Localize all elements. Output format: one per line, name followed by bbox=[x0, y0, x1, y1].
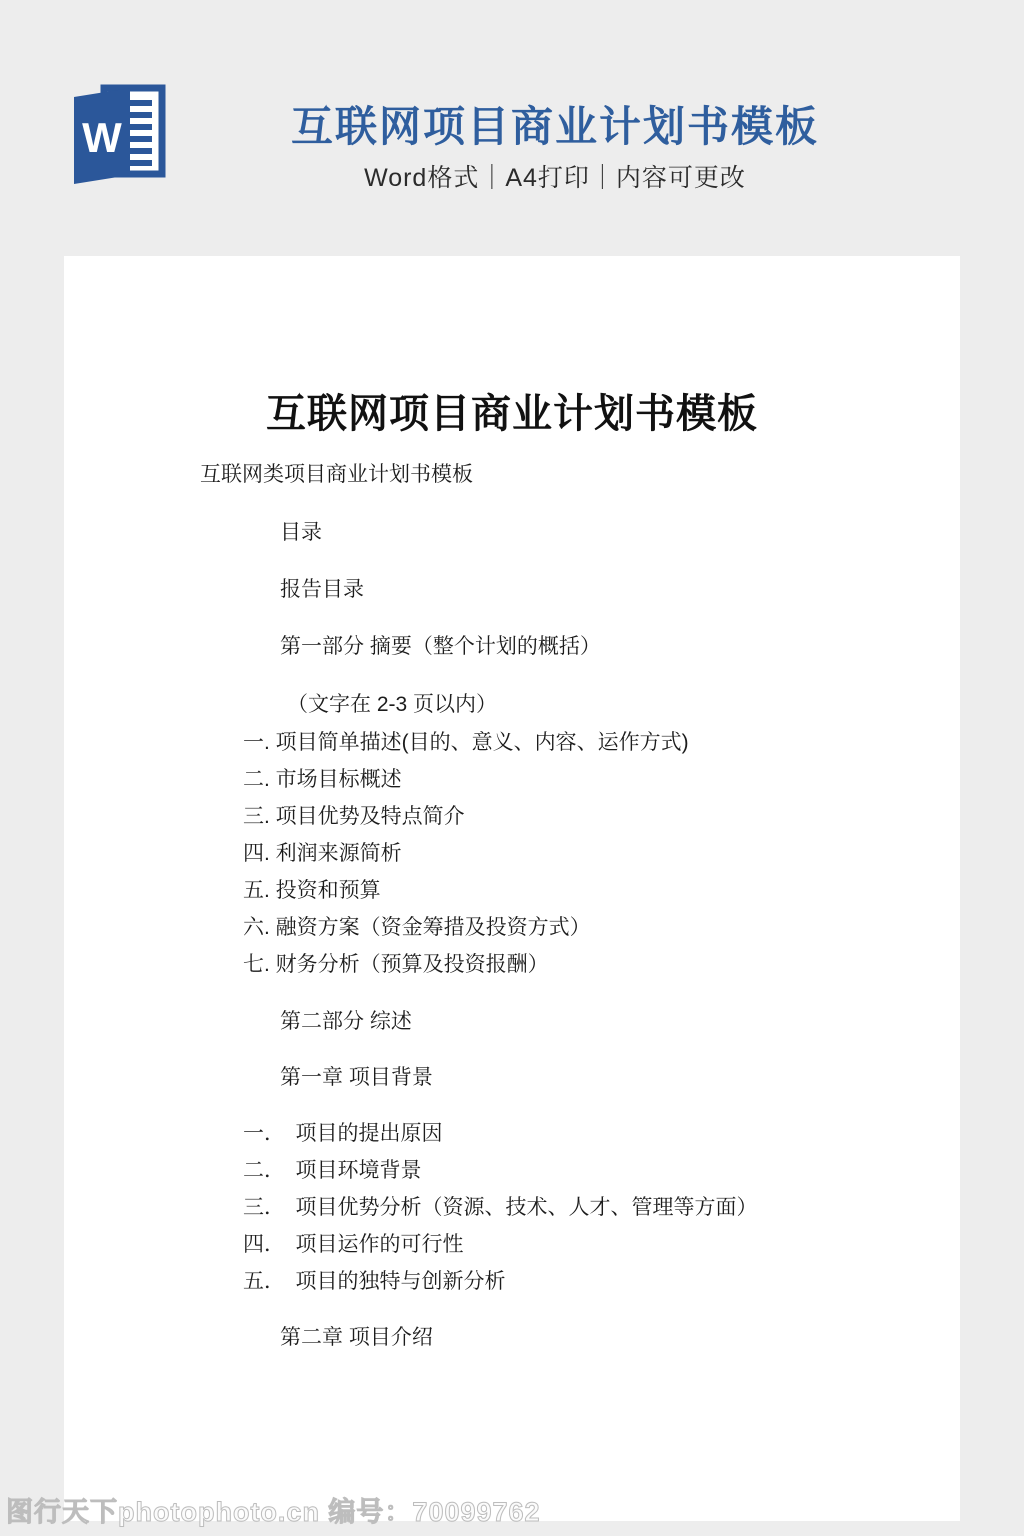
template-format-info: Word格式｜A4打印｜内容可更改 bbox=[86, 158, 1024, 194]
toc-list-item: 五． 项目的独特与创新分析 bbox=[243, 1268, 506, 1296]
toc-list-item: 四． 项目运作的可行性 bbox=[243, 1231, 464, 1259]
toc-list-item: 六. 融资方案（资金筹措及投资方式） bbox=[243, 914, 591, 942]
toc-list-item: 三. 项目优势及特点简介 bbox=[243, 803, 465, 831]
header-text-block: 互联网项目商业计划书模板 Word格式｜A4打印｜内容可更改 bbox=[86, 0, 1024, 256]
part1-note: （文字在 2-3 页以内） bbox=[287, 691, 497, 719]
toc-list-item: 四. 利润来源简析 bbox=[243, 840, 402, 868]
toc-list-item: 一． 项目的提出原因 bbox=[243, 1120, 443, 1148]
part2-heading: 第二部分 综述 bbox=[280, 1008, 412, 1036]
part1-heading: 第一部分 摘要（整个计划的概括） bbox=[280, 633, 601, 661]
toc-list-item: 二． 项目环境背景 bbox=[243, 1157, 422, 1185]
site-watermark: 图行天下photophoto.cn 编号：70099762 bbox=[6, 1490, 541, 1529]
toc-list-item: 三． 项目优势分析（资源、技术、人才、管理等方面） bbox=[243, 1194, 758, 1222]
document-page: 互联网项目商业计划书模板 互联网类项目商业计划书模板 目录 报告目录 第一部分 … bbox=[64, 256, 960, 1521]
template-title: 互联网项目商业计划书模板 bbox=[86, 94, 1024, 154]
document-intro-line: 互联网类项目商业计划书模板 bbox=[200, 461, 473, 489]
chapter2-heading: 第二章 项目介绍 bbox=[280, 1324, 433, 1352]
toc-list-item: 二. 市场目标概述 bbox=[243, 766, 402, 794]
template-preview: W 互联网项目商业计划书模板 Word格式｜A4打印｜内容可更改 互联网项目商业… bbox=[0, 0, 1024, 1536]
toc-list-item: 七. 财务分析（预算及投资报酬） bbox=[243, 951, 549, 979]
report-toc-heading: 报告目录 bbox=[280, 576, 364, 604]
document-title: 互联网项目商业计划书模板 bbox=[64, 382, 960, 439]
toc-list-item: 一. 项目简单描述(目的、意义、内容、运作方式) bbox=[243, 729, 689, 757]
header: W 互联网项目商业计划书模板 Word格式｜A4打印｜内容可更改 bbox=[0, 0, 1024, 256]
chapter1-heading: 第一章 项目背景 bbox=[280, 1064, 433, 1092]
toc-list-item: 五. 投资和预算 bbox=[243, 877, 381, 905]
toc-heading: 目录 bbox=[280, 519, 322, 547]
